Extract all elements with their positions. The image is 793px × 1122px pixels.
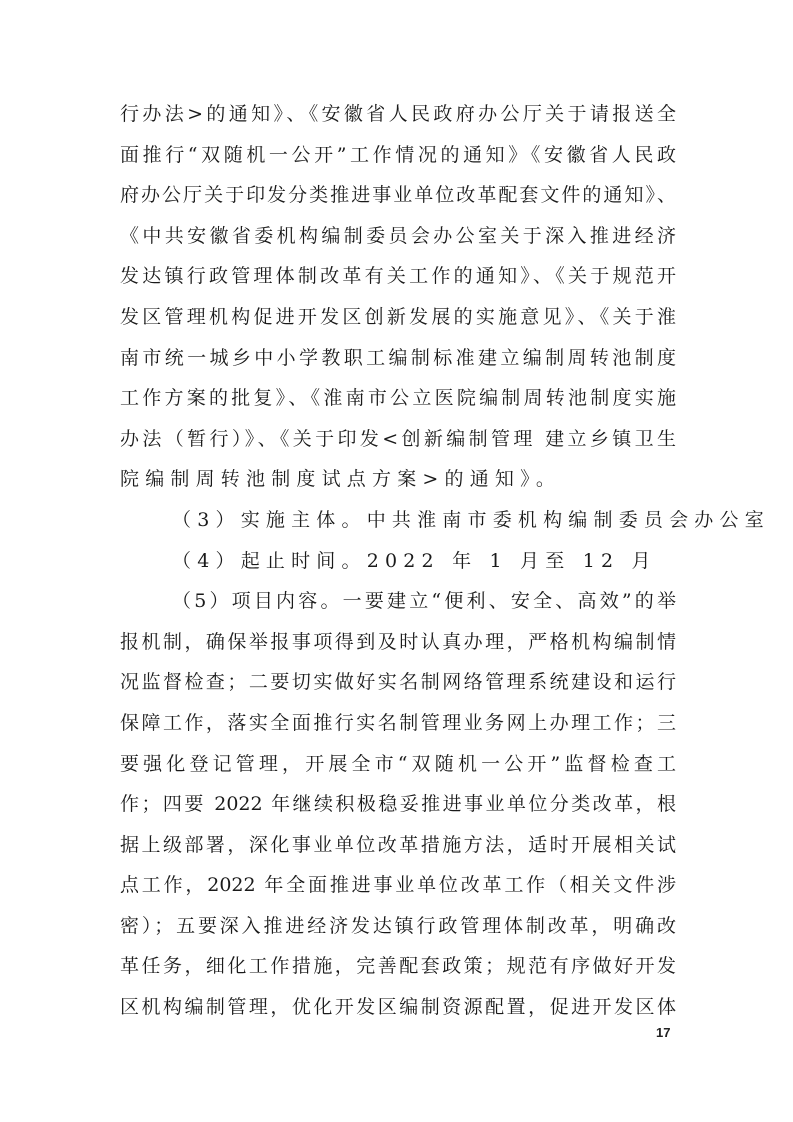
text-line: 南市统一城乡中小学教职工编制标准建立编制周转池制度 bbox=[120, 338, 676, 379]
body-text: 行办法>的通知》、《安徽省人民政府办公厅关于请报送全 面推行“双随机一公开”工作… bbox=[120, 94, 676, 1028]
text-line: 行办法>的通知》、《安徽省人民政府办公厅关于请报送全 bbox=[120, 94, 676, 135]
text-line: 密）；五要深入推进经济发达镇行政管理体制改革，明确改 bbox=[120, 906, 676, 947]
text-line: 院编制周转池制度试点方案>的通知》。 bbox=[120, 459, 676, 500]
text-line: 据上级部署，深化事业单位改革措施方法，适时开展相关试 bbox=[120, 825, 676, 866]
text-line: 面推行“双随机一公开”工作情况的通知》《安徽省人民政 bbox=[120, 135, 676, 176]
text-line: 发达镇行政管理体制改革有关工作的通知》、《关于规范开 bbox=[120, 256, 676, 297]
text-line: 办法（暂行）》、《关于印发<创新编制管理 建立乡镇卫生 bbox=[120, 419, 676, 460]
text-line: 况监督检查；二要切实做好实名制网络管理系统建设和运行 bbox=[120, 662, 676, 703]
section-implementer: （3）实施主体。中共淮南市委机构编制委员会办公室 bbox=[120, 500, 676, 541]
section-period: （4）起止时间。2022 年 1 月至 12 月 bbox=[120, 541, 676, 582]
text-line: 要强化登记管理，开展全市“双随机一公开”监督检查工 bbox=[120, 744, 676, 785]
text-line: 发区管理机构促进开发区创新发展的实施意见》、《关于淮 bbox=[120, 297, 676, 338]
text-line: 工作方案的批复》、《淮南市公立医院编制周转池制度实施 bbox=[120, 378, 676, 419]
text-line: 革任务，细化工作措施，完善配套政策；规范有序做好开发 bbox=[120, 946, 676, 987]
text-line: 保障工作，落实全面推行实名制管理业务网上办理工作；三 bbox=[120, 703, 676, 744]
text-line: 作；四要 2022 年继续积极稳妥推进事业单位分类改革，根 bbox=[120, 784, 676, 825]
text-line: 府办公厅关于印发分类推进事业单位改革配套文件的通知》、 bbox=[120, 175, 676, 216]
text-line: 点工作，2022 年全面推进事业单位改革工作（相关文件涉 bbox=[120, 865, 676, 906]
text-line: 区机构编制管理，优化开发区编制资源配置，促进开发区体 bbox=[120, 987, 676, 1028]
document-page: 行办法>的通知》、《安徽省人民政府办公厅关于请报送全 面推行“双随机一公开”工作… bbox=[0, 0, 793, 1122]
text-line: 《中共安徽省委机构编制委员会办公室关于深入推进经济 bbox=[120, 216, 676, 257]
section-content: （5）项目内容。一要建立“便利、安全、高效”的举 bbox=[120, 581, 676, 622]
page-number: 17 bbox=[656, 1025, 670, 1040]
text-line: 报机制，确保举报事项得到及时认真办理，严格机构编制情 bbox=[120, 622, 676, 663]
